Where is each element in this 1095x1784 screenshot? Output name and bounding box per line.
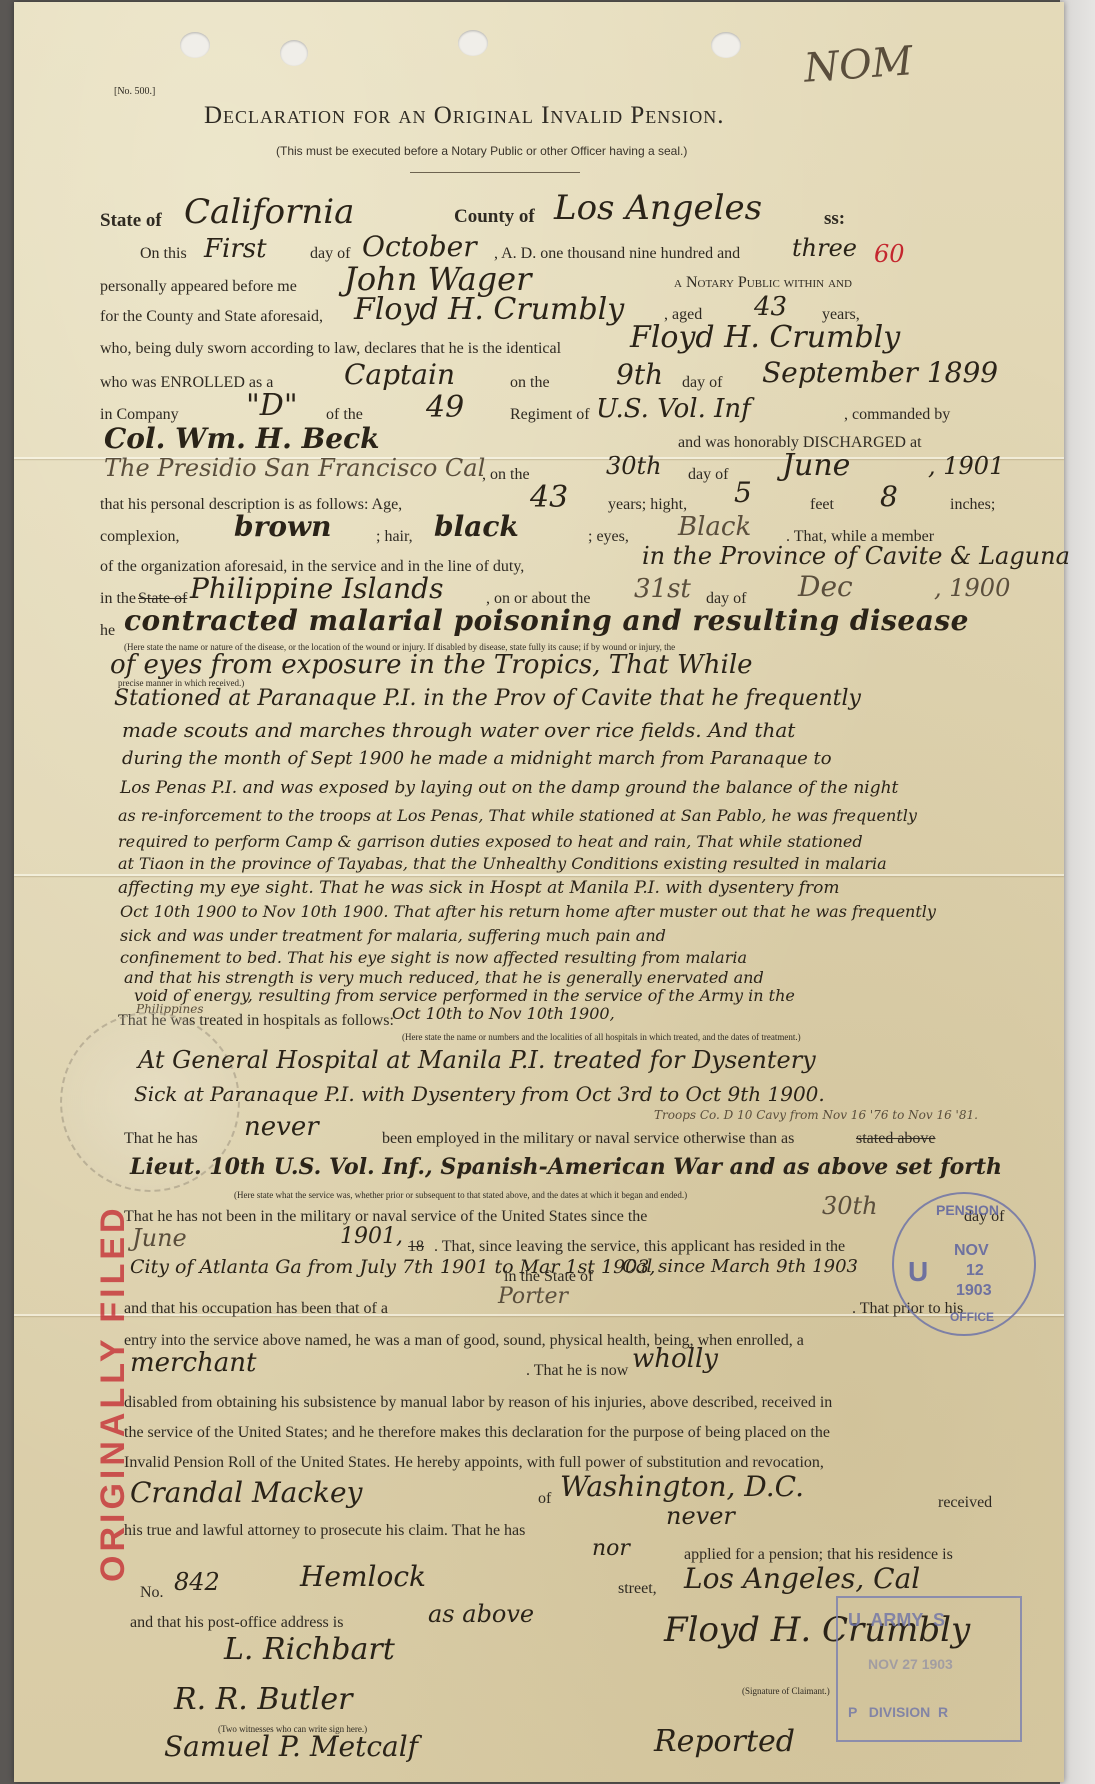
narrative-line: as re-inforcement to the troops at Los P…	[118, 806, 917, 825]
discharge-day: 30th	[606, 452, 662, 480]
eyes-value: Black	[678, 512, 751, 542]
feet-label: feet	[810, 496, 834, 514]
hospital-line-2: Sick at Paranaque P.I. with Dysentery fr…	[134, 1082, 825, 1106]
not-value: nor	[592, 1536, 630, 1561]
punch-hole	[458, 30, 488, 56]
on-this-label: On this	[140, 245, 187, 263]
incident-year: , 1900	[934, 574, 1010, 602]
he-label: he	[100, 622, 115, 640]
other-service-value: never	[244, 1112, 319, 1142]
other-service-label: That he has	[124, 1130, 198, 1148]
received-label: received	[938, 1494, 992, 1512]
stamp-text: NOV	[954, 1242, 989, 1260]
has-value: never	[666, 1502, 735, 1530]
punch-hole	[711, 32, 741, 58]
regiment-number: 49	[426, 390, 464, 425]
occupation-label: and that his occupation has been that of…	[124, 1300, 388, 1318]
po-value: as above	[428, 1600, 534, 1628]
street-number: 842	[174, 1568, 220, 1596]
witness-2-signature: R. R. Butler	[174, 1682, 352, 1717]
stamp-text: NOV 27 1903	[868, 1656, 953, 1672]
stamp-text: OFFICE	[950, 1310, 994, 1324]
years-hight-label: years; hight,	[608, 496, 687, 514]
hair-label: ; hair,	[376, 528, 413, 546]
identical-name: Floyd H. Crumbly	[630, 320, 900, 355]
punch-hole	[180, 32, 210, 58]
form-number: [No. 500.]	[114, 86, 155, 97]
enroll-month-year: September 1899	[762, 356, 998, 389]
since-year: 1901,	[340, 1224, 403, 1249]
punch-hole	[280, 40, 308, 66]
commander-name: Col. Wm. H. Beck	[104, 422, 380, 455]
place-value: Philippine Islands	[190, 572, 443, 605]
ss-label: ss:	[824, 208, 845, 230]
description-age: 43	[530, 480, 568, 515]
pension-office-stamp: PENSION NOV 12 1903 U OFFICE	[892, 1192, 1036, 1336]
discharge-month: June	[782, 448, 850, 483]
street-name: Hemlock	[300, 1560, 426, 1593]
discharge-year: , 1901	[928, 452, 1004, 480]
height-feet: 5	[734, 476, 752, 509]
day-of-label: day of	[682, 374, 722, 392]
document-title: Declaration for an Original Invalid Pens…	[204, 102, 725, 130]
witness-3-signature: Samuel P. Metcalf	[164, 1730, 418, 1763]
stamp-text: P DIVISION R	[848, 1704, 948, 1720]
state-label: State of	[100, 210, 162, 232]
pension-declaration-document: [No. 500.] Declaration for an Original I…	[14, 2, 1064, 1782]
discharge-place: The Presidio San Francisco Cal	[104, 454, 485, 482]
complexion-value: brown	[234, 510, 331, 543]
claimant-name: Floyd H. Crumbly	[354, 292, 624, 327]
stamp-text: U	[908, 1256, 928, 1288]
personally-appeared-label: personally appeared before me	[100, 278, 297, 296]
attorney-name: Crandal Mackey	[130, 1476, 362, 1509]
day-of-label-2: day of	[688, 466, 728, 484]
stamp-text: PENSION	[936, 1202, 999, 1218]
regiment-value: U.S. Vol. Inf	[596, 394, 751, 424]
disabled-text: disabled from obtaining his subsistence …	[124, 1394, 832, 1412]
stamp-text: 1903	[956, 1282, 992, 1300]
street-label: street,	[618, 1580, 657, 1598]
narrative-line: sick and was under treatment for malaria…	[120, 926, 666, 945]
attorney-location: Washington, D.C.	[560, 1470, 804, 1503]
attorney-text: his true and lawful attorney to prosecut…	[124, 1522, 525, 1540]
now-label: . That he is now	[526, 1362, 628, 1380]
residence-2: Cal since March 9th 1903	[622, 1256, 858, 1277]
since-day: 30th	[822, 1192, 878, 1220]
inches-label: inches;	[950, 496, 995, 514]
commanded-by-label: , commanded by	[844, 406, 950, 424]
narrative-line: Oct 10th 1900 to Nov 10th 1900. That aft…	[120, 902, 936, 921]
now-value: wholly	[632, 1344, 718, 1374]
narrative-line: during the month of Sept 1900 he made a …	[122, 748, 832, 769]
declaration-text: the service of the United States; and he…	[124, 1424, 830, 1442]
narrative-line: Los Penas P.I. and was exposed by laying…	[120, 778, 898, 798]
narrative-line: required to perform Camp & garrison duti…	[118, 832, 863, 851]
eyes-label: ; eyes,	[588, 528, 629, 546]
occupation-value: Porter	[498, 1284, 568, 1309]
hair-value: black	[434, 510, 519, 543]
army-division-stamp: U ARMY S NOV 27 1903 P DIVISION R	[836, 1596, 1022, 1742]
incident-month: Dec	[798, 570, 853, 603]
rank-value: Captain	[344, 358, 455, 391]
on-the-label: on the	[510, 374, 550, 392]
since-month: June	[132, 1224, 187, 1252]
reported-mark: Reported	[654, 1724, 795, 1759]
on-the-label-2: , on the	[482, 466, 530, 484]
hospital-line-1: At General Hospital at Manila P.I. treat…	[138, 1046, 816, 1074]
narrative-line: void of energy, resulting from service p…	[134, 986, 795, 1005]
hospitals-instruction: (Here state the name or numbers and the …	[402, 1032, 801, 1042]
narrative-line: confinement to bed. That his eye sight i…	[120, 948, 747, 967]
no-label: No.	[140, 1584, 164, 1602]
disability-line-1: contracted malarial poisoning and result…	[124, 604, 969, 637]
month-value: October	[362, 230, 477, 263]
enroll-day: 9th	[616, 358, 663, 391]
incident-day: 31st	[634, 574, 691, 604]
prior-occupation: merchant	[130, 1348, 256, 1378]
height-inches: 8	[880, 480, 898, 513]
title-divider	[410, 172, 580, 173]
regiment-label: Regiment of	[510, 406, 590, 424]
stated-above-struck: stated above	[856, 1130, 936, 1148]
document-subtitle: (This must be executed before a Notary P…	[276, 144, 687, 158]
background-right	[1060, 0, 1095, 1784]
day-ordinal: First	[204, 234, 267, 264]
claimant-signature-label: (Signature of Claimant.)	[742, 1686, 830, 1696]
po-label: and that his post-office address is	[130, 1614, 343, 1632]
age-value: 43	[754, 292, 787, 322]
hospital-dates: Oct 10th to Nov 10th 1900,	[392, 1004, 615, 1023]
eighteen-struck: 18	[408, 1238, 424, 1256]
company-value: "D"	[246, 388, 298, 423]
red-filed-stamp: ORIGINALLY FILED	[94, 1204, 133, 1582]
other-service-instruction: (Here state what the service was, whethe…	[234, 1190, 687, 1200]
county-label: County of	[454, 206, 535, 228]
narrative-line: at Tiaon in the province of Tayabas, tha…	[118, 854, 887, 873]
corner-mark: NOM	[803, 38, 915, 91]
narrative-line: made scouts and marches through water ov…	[122, 718, 795, 742]
red-margin-number: 60	[874, 240, 905, 268]
sworn-text: who, being duly sworn according to law, …	[100, 340, 561, 358]
hospital-line-3: Troops Co. D 10 Cavy from Nov 16 '76 to …	[654, 1108, 978, 1122]
province-value: in the Province of Cavite & Laguna	[642, 542, 1070, 570]
other-service-text: been employed in the military or naval s…	[382, 1130, 794, 1148]
city-value: Los Angeles, Cal	[684, 1562, 920, 1595]
state-value: California	[184, 192, 354, 232]
paper-fold	[14, 874, 1064, 876]
county-state-label: for the County and State aforesaid,	[100, 308, 323, 326]
year-word: three	[792, 234, 857, 262]
narrative-line: Stationed at Paranaque P.I. in the Prov …	[114, 686, 861, 711]
witness-1-signature: L. Richbart	[224, 1632, 395, 1667]
stamp-text: U ARMY S	[848, 1610, 945, 1631]
attorney-of-label: of	[538, 1490, 551, 1508]
residence-text: . That, since leaving the service, this …	[434, 1238, 845, 1256]
complexion-label: complexion,	[100, 528, 180, 546]
disability-line-2: of eyes from exposure in the Tropics, Th…	[110, 650, 753, 680]
narrative-line: affecting my eye sight. That he was sick…	[118, 878, 840, 898]
notary-label: a Notary Public within and	[674, 274, 852, 292]
other-service-details: Lieut. 10th U.S. Vol. Inf., Spanish-Amer…	[130, 1154, 1002, 1180]
stamp-text: 12	[966, 1262, 984, 1280]
narrative-line: and that his strength is very much reduc…	[124, 968, 764, 987]
county-value: Los Angeles	[554, 188, 762, 228]
